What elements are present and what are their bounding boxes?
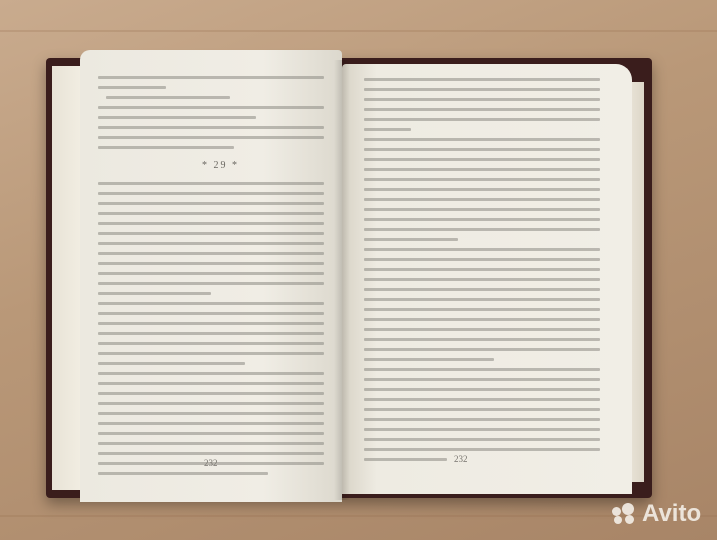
page-number-left: 232 <box>204 458 218 468</box>
chapter-mark: * 29 * <box>202 160 239 171</box>
text-body <box>98 182 324 482</box>
wood-grain <box>0 515 717 517</box>
avito-label: Avito <box>642 500 701 528</box>
right-page: 232 <box>342 64 632 494</box>
left-page: * 29 * 232 <box>80 50 342 502</box>
text-paragraph-top <box>98 76 324 156</box>
page-number-right: 232 <box>454 454 468 464</box>
text-body <box>364 78 600 468</box>
avito-logo-icon <box>612 503 638 525</box>
book-spine-shadow <box>334 60 350 500</box>
avito-watermark: Avito <box>612 500 701 528</box>
wood-grain <box>0 30 717 32</box>
